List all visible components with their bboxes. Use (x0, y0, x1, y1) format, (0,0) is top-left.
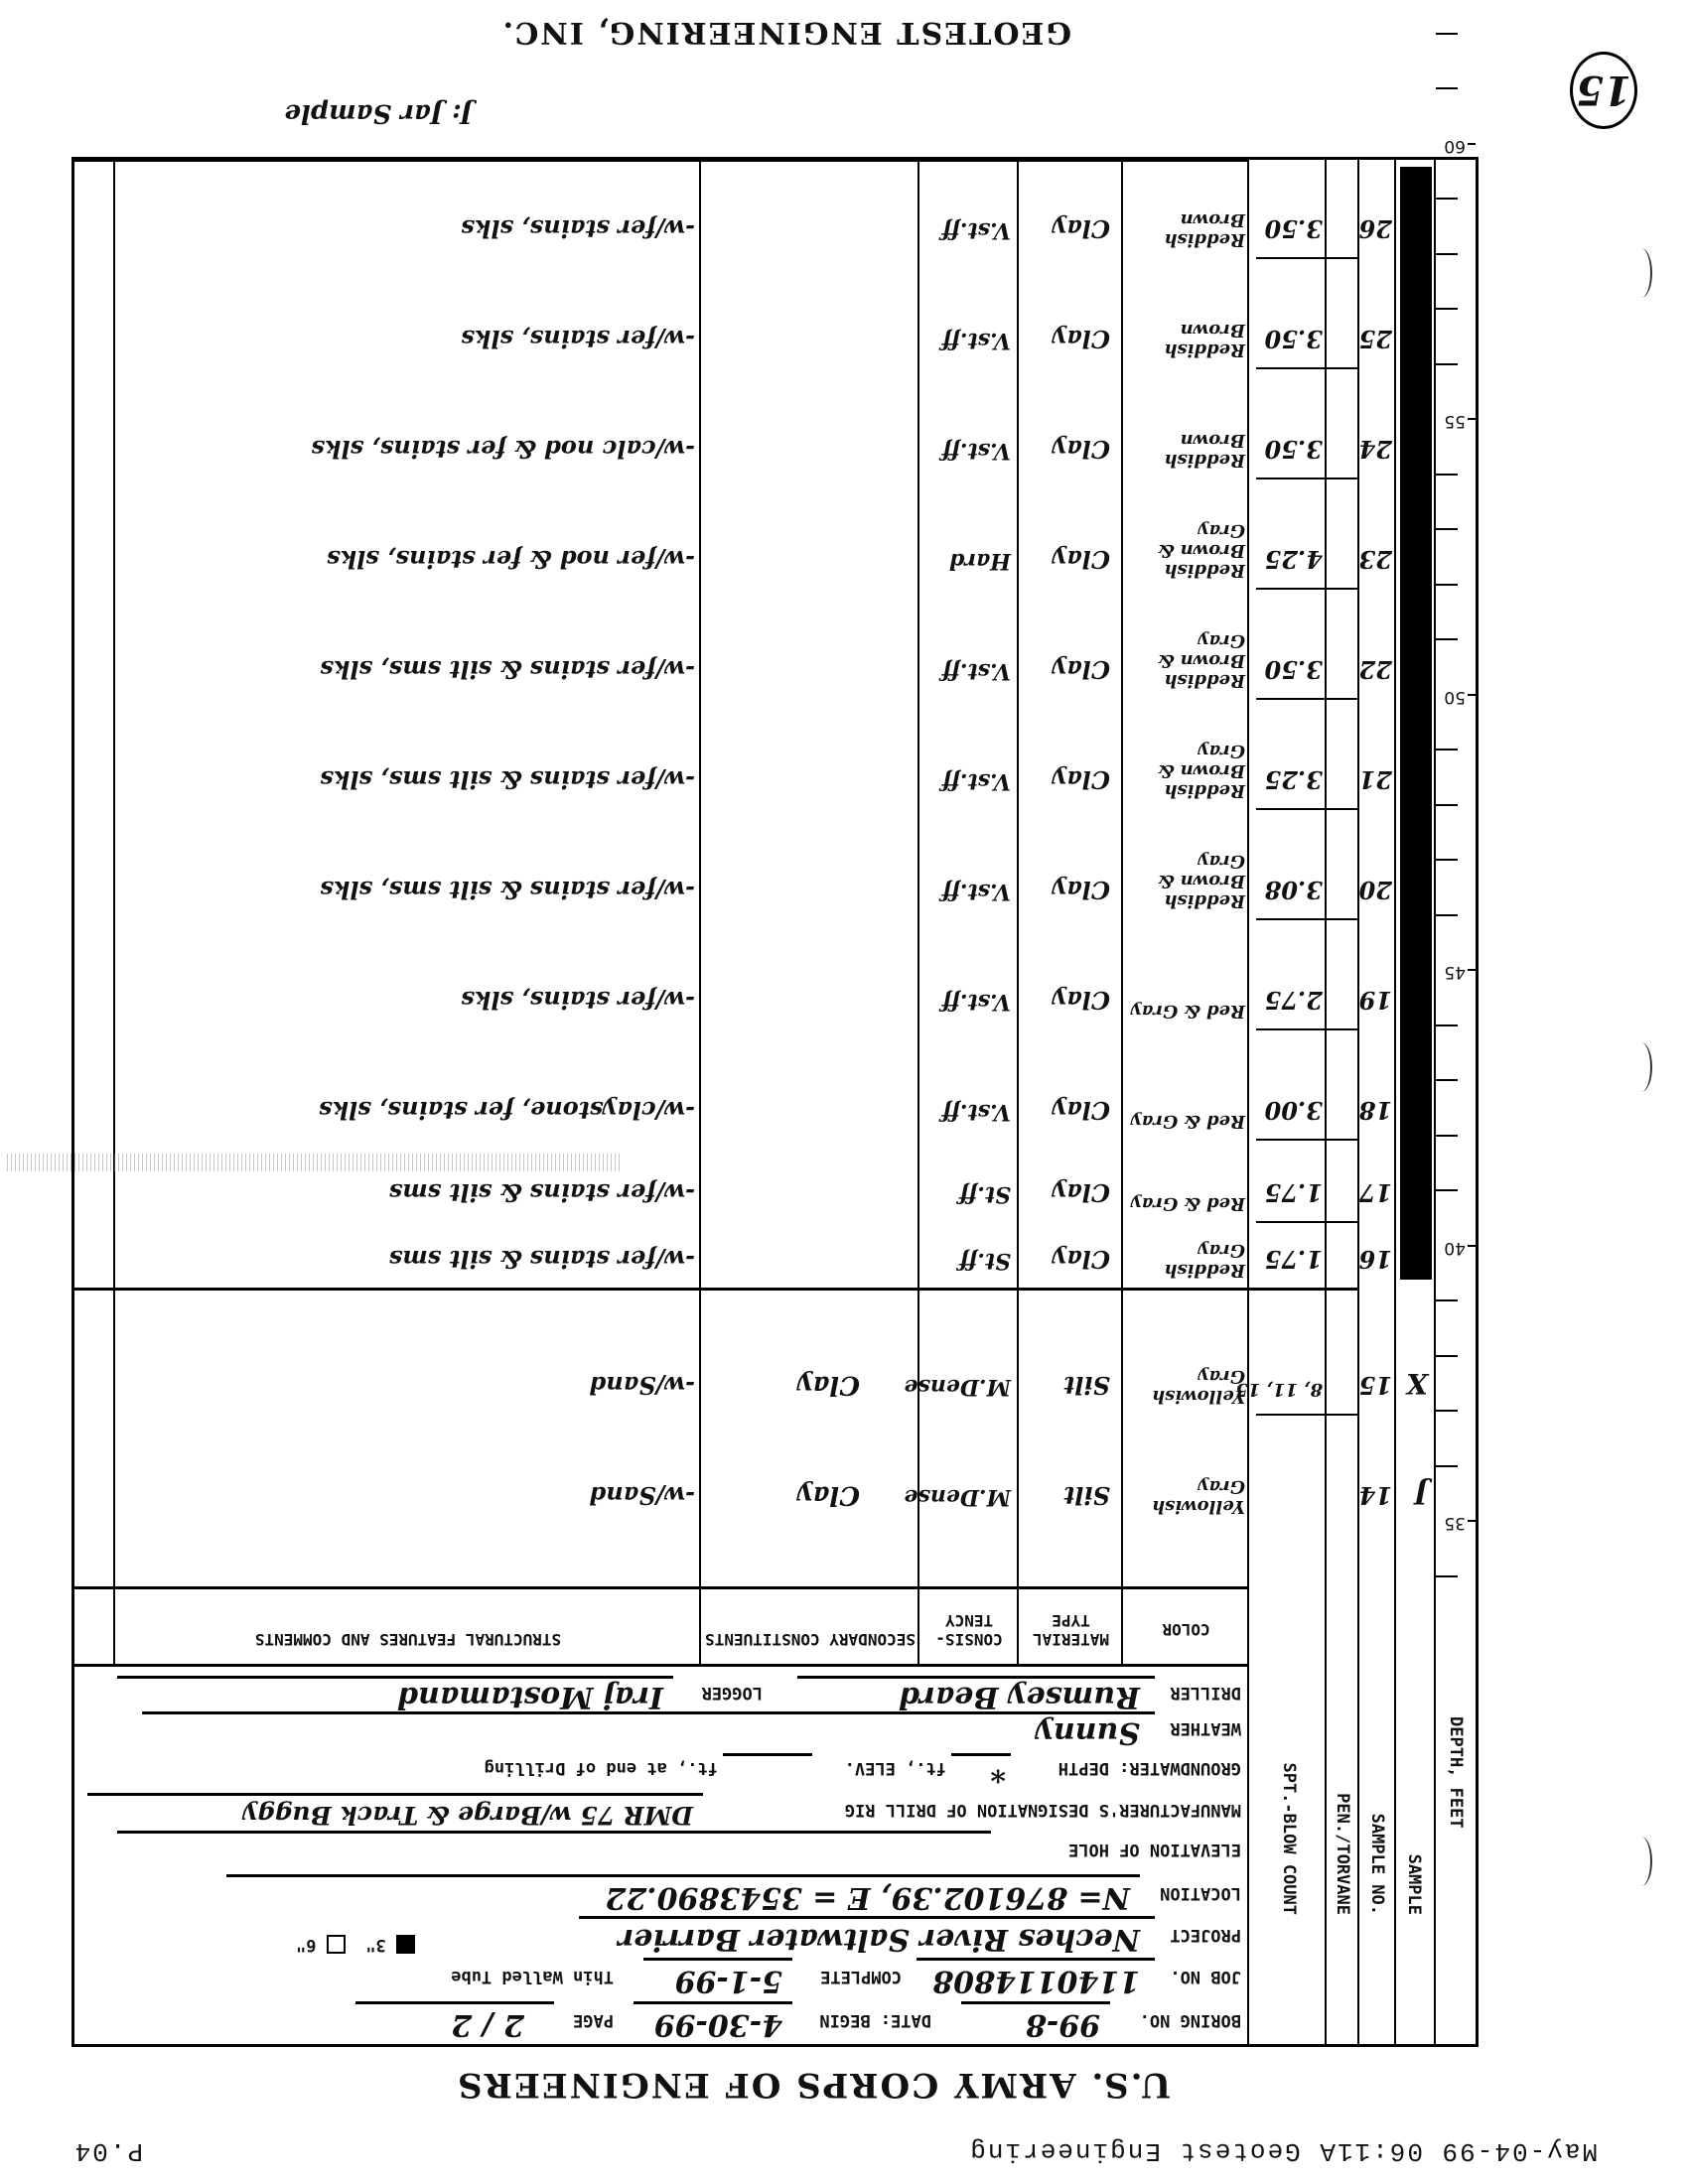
depth-tick (1436, 88, 1458, 90)
agency-title: U.S. ARMY CORPS OF ENGINEERS (456, 2065, 1171, 2105)
structural-comment: -w/fer stains & silt sms, slks (320, 876, 695, 904)
fax-page-number: P.04 (73, 2136, 143, 2166)
material-type: Clay (1053, 876, 1110, 904)
strata-boundary (74, 1288, 1359, 1291)
soil-color: Red & Gray (1126, 1001, 1245, 1021)
row-divider (1256, 918, 1359, 920)
material-type: Clay (1053, 435, 1110, 464)
pen-torvane-value: 1.75 (1265, 1245, 1323, 1274)
sample-type-marker: J (1415, 1478, 1428, 1511)
consistency: V.st.ff (942, 1099, 1011, 1125)
soil-color: Reddish Brown (1126, 430, 1245, 470)
material-type: Silt (1063, 1372, 1110, 1401)
row-divider (1256, 367, 1359, 369)
material-type: Clay (1053, 1245, 1110, 1274)
sample-number: 20 (1359, 876, 1392, 904)
consistency: Hard (949, 548, 1011, 574)
structural-comment: -w/fer stains & silt sms, slks (320, 765, 695, 794)
structural-comment: -w/fer nod & fer stains, slks (327, 545, 695, 574)
sample-number: 26 (1359, 214, 1392, 243)
soil-color: Red & Gray (1126, 1193, 1245, 1213)
material-type: Clay (1053, 655, 1110, 684)
sample-recovery-bar (1400, 167, 1432, 1280)
pen-torvane-value: 1.75 (1265, 1178, 1323, 1207)
structural-comment: -w/Sand (590, 1482, 696, 1511)
sample-number: 18 (1359, 1096, 1392, 1125)
soil-color: Reddish Brown (1126, 209, 1245, 249)
pen-torvane-value: 3.25 (1265, 765, 1323, 794)
consistency: St.ff (959, 1248, 1011, 1274)
sample-rows: J14Yellowish GraySiltM.DenseClay-w/SandX… (74, 160, 1476, 2044)
pen-torvane-value: 3.00 (1265, 1096, 1323, 1125)
pen-torvane-value: 3.50 (1265, 325, 1323, 353)
structural-comment: -w/calc nod & fer stains, slks (311, 435, 695, 464)
soil-color: Reddish Brown & Gray (1126, 520, 1245, 580)
structural-comment: -w/fer stains & silt sms (389, 1245, 695, 1274)
soil-color: Red & Gray (1126, 1111, 1245, 1131)
row-divider (1256, 257, 1359, 259)
row-divider (1256, 1139, 1359, 1141)
structural-comment: -w/fer stains, slks (461, 214, 695, 243)
soil-color: Reddish Gray (1126, 1240, 1245, 1280)
pen-torvane-value: 3.50 (1265, 655, 1323, 684)
structural-comment: -w/fer stains, slks (461, 986, 695, 1015)
consistency: St.ff (959, 1181, 1011, 1207)
pen-torvane-value: 3.08 (1265, 876, 1323, 904)
consistency: V.st.ff (942, 217, 1011, 243)
binder-mark (1630, 248, 1652, 298)
consistency: V.st.ff (942, 438, 1011, 464)
soil-color: Reddish Brown & Gray (1126, 851, 1245, 910)
depth-tick (1468, 143, 1476, 145)
depth-tick (1436, 33, 1458, 35)
soil-color: Reddish Brown & Gray (1126, 630, 1245, 690)
sample-type-marker: X (1406, 1368, 1428, 1401)
legend-note: J: Jar Sample (284, 98, 473, 128)
secondary-constituent: Clay (797, 1481, 860, 1511)
fax-header-line: May-04-99 06:11A Geotest Engineering (968, 2136, 1598, 2166)
pen-torvane-value: 4.25 (1265, 545, 1323, 574)
row-divider (1256, 588, 1359, 590)
sample-number: 19 (1359, 986, 1392, 1015)
material-type: Clay (1053, 325, 1110, 353)
soil-color: Yellowish Gray (1126, 1367, 1245, 1407)
boring-log-page: May-04-99 06:11A Geotest Engineering P.0… (0, 0, 1692, 2184)
binder-mark (1630, 1837, 1652, 1886)
sample-number: 15 (1359, 1372, 1392, 1401)
boring-log-form: DEPTH, FEET SAMPLE SAMPLE NO. PEN./TORVA… (71, 157, 1479, 2047)
sample-number: 22 (1359, 655, 1392, 684)
soil-color: Reddish Brown (1126, 320, 1245, 359)
sample-number: 17 (1359, 1178, 1392, 1207)
sample-number: 14 (1359, 1482, 1392, 1511)
structural-comment: -w/Sand (590, 1372, 696, 1401)
material-type: Clay (1053, 1096, 1110, 1125)
sample-number: 23 (1359, 545, 1392, 574)
row-divider (1256, 808, 1359, 810)
soil-color: Yellowish Gray (1126, 1477, 1245, 1517)
sample-number: 25 (1359, 325, 1392, 353)
material-type: Clay (1053, 986, 1110, 1015)
pen-torvane-value: 3.50 (1265, 214, 1323, 243)
circled-page-number: 15 (1570, 52, 1637, 129)
company-footer: GEOTEST ENGINEERING, INC. (501, 15, 1071, 50)
consistency: V.st.ff (942, 989, 1011, 1015)
binder-mark (1630, 1042, 1652, 1092)
end-of-boring-line (74, 159, 1249, 162)
row-divider (1256, 478, 1359, 479)
row-divider (1256, 1221, 1359, 1223)
pen-torvane-value: 8, 11, 15 (1235, 1380, 1323, 1401)
material-type: Silt (1063, 1482, 1110, 1511)
sample-number: 16 (1359, 1245, 1392, 1274)
row-divider (1256, 1028, 1359, 1030)
consistency: V.st.ff (942, 658, 1011, 684)
material-type: Clay (1053, 545, 1110, 574)
sample-number: 24 (1359, 435, 1392, 464)
structural-comment: -w/claystone, fer stains, slks (319, 1096, 695, 1125)
row-divider (1256, 698, 1359, 700)
row-divider (1256, 1415, 1359, 1417)
structural-comment: -w/fer stains, slks (461, 325, 695, 353)
structural-comment: -w/fer stains & silt sms, slks (320, 655, 695, 684)
material-type: Clay (1053, 765, 1110, 794)
consistency: M.Dense (905, 1375, 1011, 1401)
scan-noise (4, 1154, 620, 1171)
secondary-constituent: Clay (797, 1371, 860, 1401)
structural-comment: -w/fer stains & silt sms (389, 1178, 695, 1207)
material-type: Clay (1053, 1178, 1110, 1207)
consistency: M.Dense (905, 1485, 1011, 1511)
consistency: V.st.ff (942, 768, 1011, 794)
sample-number: 21 (1359, 765, 1392, 794)
table-row (74, 1335, 1476, 1413)
depth-label: 60 (1444, 136, 1466, 156)
pen-torvane-value: 2.75 (1265, 986, 1323, 1015)
soil-color: Reddish Brown & Gray (1126, 741, 1245, 800)
pen-torvane-value: 3.50 (1265, 435, 1323, 464)
table-row (74, 1445, 1476, 1523)
consistency: V.st.ff (942, 328, 1011, 353)
material-type: Clay (1053, 214, 1110, 243)
consistency: V.st.ff (942, 879, 1011, 904)
